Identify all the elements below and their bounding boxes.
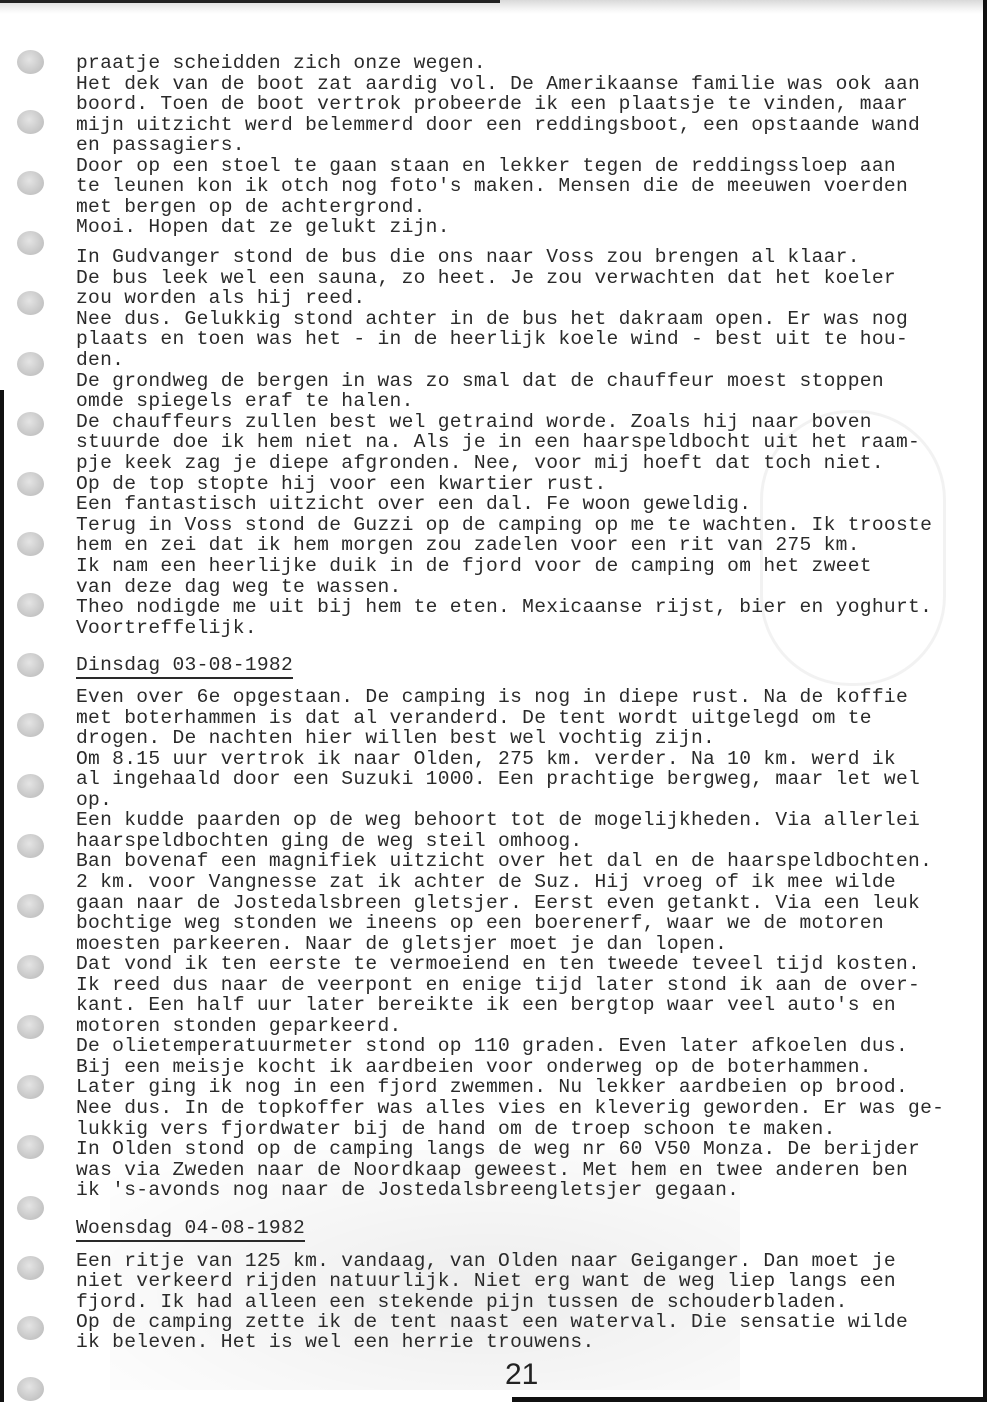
text-line: Even over 6e opgestaan. De camping is no…: [76, 687, 908, 707]
binding-hole-icon: [17, 472, 44, 496]
binding-hole-icon: [17, 50, 44, 74]
text-line: Een fantastisch uitzicht over een dal. F…: [76, 494, 751, 514]
text-line: was via Zweden naar de Noordkaap geweest…: [76, 1160, 908, 1180]
text-line: ik beleven. Het is wel een herrie trouwe…: [76, 1332, 595, 1352]
binding-hole-icon: [17, 352, 44, 376]
text-line: Bij een meisje kocht ik aardbeien voor o…: [76, 1057, 872, 1077]
page-number: 21: [505, 1358, 538, 1392]
binding-hole-icon: [17, 1316, 44, 1340]
text-line: Terug in Voss stond de Guzzi op de campi…: [76, 515, 932, 535]
text-line: Een kudde paarden op de weg behoort tot …: [76, 810, 920, 830]
text-line: bochtige weg stonden we ineens op een bo…: [76, 913, 884, 933]
text-line: Ban bovenaf een magnifiek uitzicht over …: [76, 851, 932, 871]
binding-hole-icon: [17, 532, 44, 556]
binding-hole-icon: [17, 231, 44, 255]
text-line: kant. Een half uur later bereikte ik een…: [76, 995, 896, 1015]
binding-hole-icon: [17, 894, 44, 918]
scan-top-border: [0, 0, 500, 3]
text-line: niet verkeerd rijden natuurlijk. Niet er…: [76, 1271, 896, 1291]
binding-hole-icon: [17, 1256, 44, 1280]
text-line: met bergen op de achtergrond.: [76, 197, 426, 217]
text-line: den.: [76, 350, 124, 370]
binding-hole-icon: [17, 774, 44, 798]
text-line: Nee dus. In de topkoffer was alles vies …: [76, 1098, 944, 1118]
text-line: De grondweg de bergen in was zo smal dat…: [76, 371, 884, 391]
binding-hole-icon: [17, 1135, 44, 1159]
text-line: en passagiers.: [76, 135, 245, 155]
text-line: omde spiegels eraf te halen.: [76, 391, 414, 411]
text-line: De bus leek wel een sauna, zo heet. Je z…: [76, 268, 896, 288]
text-line: van deze dag weg te wassen.: [76, 577, 402, 597]
text-line: ik 's-avonds nog naar de Jostedalsbreeng…: [76, 1180, 739, 1200]
text-line: Om 8.15 uur vertrok ik naar Olden, 275 k…: [76, 749, 896, 769]
section-heading-woensdag: Woensdag 04-08-1982: [76, 1218, 305, 1242]
text-line: Een ritje van 125 km. vandaag, van Olden…: [76, 1251, 896, 1271]
text-line: In Gudvanger stond de bus die ons naar V…: [76, 247, 860, 267]
binding-hole-icon: [17, 171, 44, 195]
text-line: fjord. Ik had alleen een stekende pijn t…: [76, 1292, 848, 1312]
binding-hole-icon: [17, 1015, 44, 1039]
binding-hole-icon: [17, 1377, 44, 1401]
binding-hole-icon: [17, 1075, 44, 1099]
binding-hole-icon: [17, 713, 44, 737]
text-line: Door op een stoel te gaan staan en lekke…: [76, 156, 896, 176]
binding-hole-icon: [17, 593, 44, 617]
text-line: lukkig vers fjordwater bij de hand om de…: [76, 1119, 836, 1139]
text-line: gaan naar de Jostedalsbreen gletsjer. Ee…: [76, 893, 920, 913]
text-line: Het dek van de boot zat aardig vol. De A…: [76, 74, 920, 94]
text-line: Ik nam een heerlijke duik in de fjord vo…: [76, 556, 872, 576]
binding-hole-icon: [17, 1196, 44, 1220]
section-heading-dinsdag: Dinsdag 03-08-1982: [76, 655, 293, 679]
text-line: pje keek zag je diepe afgronden. Nee, vo…: [76, 453, 884, 473]
text-line: Mooi. Hopen dat ze gelukt zijn.: [76, 217, 450, 237]
text-line: met boterhammen is dat al veranderd. De …: [76, 708, 872, 728]
text-line: Dat vond ik ten eerste te vermoeiend en …: [76, 954, 920, 974]
binding-hole-icon: [17, 110, 44, 134]
scan-left-border: [0, 390, 4, 1402]
document-page: praatje scheidden zich onze wegen.Het de…: [0, 0, 987, 1402]
binding-hole-icon: [17, 291, 44, 315]
text-line: praatje scheidden zich onze wegen.: [76, 53, 486, 73]
text-line: te leunen kon ik otch nog foto's maken. …: [76, 176, 908, 196]
text-line: 2 km. voor Vangnesse zat ik achter de Su…: [76, 872, 896, 892]
text-line: moesten parkeeren. Naar de gletsjer moet…: [76, 934, 727, 954]
binding-hole-icon: [17, 412, 44, 436]
text-line: stuurde doe ik hem niet na. Als je in ee…: [76, 432, 920, 452]
text-line: plaats en toen was het - in de heerlijk …: [76, 329, 908, 349]
text-line: Op de camping zette ik de tent naast een…: [76, 1312, 908, 1332]
text-line: hem en zei dat ik hem morgen zou zadelen…: [76, 535, 860, 555]
text-line: Theo nodigde me uit bij hem te eten. Mex…: [76, 597, 932, 617]
text-line: al ingehaald door een Suzuki 1000. Een p…: [76, 769, 920, 789]
text-line: boord. Toen de boot vertrok probeerde ik…: [76, 94, 908, 114]
text-line: mijn uitzicht werd belemmerd door een re…: [76, 115, 920, 135]
text-line: Ik reed dus naar de veerpont en enige ti…: [76, 975, 920, 995]
scan-bottom-border: [512, 1397, 987, 1402]
binding-hole-icon: [17, 653, 44, 677]
text-line: Op de top stopte hij voor een kwartier r…: [76, 474, 607, 494]
text-line: haarspeldbochten ging de weg steil omhoo…: [76, 831, 582, 851]
text-line: motoren stonden geparkeerd.: [76, 1016, 402, 1036]
text-line: drogen. De nachten hier willen best wel …: [76, 728, 715, 748]
binding-hole-icon: [17, 955, 44, 979]
text-line: De chauffeurs zullen best wel getraind w…: [76, 412, 872, 432]
scan-right-border: [983, 0, 987, 1402]
text-line: De olietemperatuurmeter stond op 110 gra…: [76, 1036, 908, 1056]
text-line: op.: [76, 790, 112, 810]
text-line: Nee dus. Gelukkig stond achter in de bus…: [76, 309, 908, 329]
text-line: zou worden als hij reed.: [76, 288, 365, 308]
text-line: In Olden stond op de camping langs de we…: [76, 1139, 920, 1159]
text-line: Voortreffelijk.: [76, 618, 257, 638]
text-line: Later ging ik nog in een fjord zwemmen. …: [76, 1077, 908, 1097]
binding-hole-icon: [17, 834, 44, 858]
